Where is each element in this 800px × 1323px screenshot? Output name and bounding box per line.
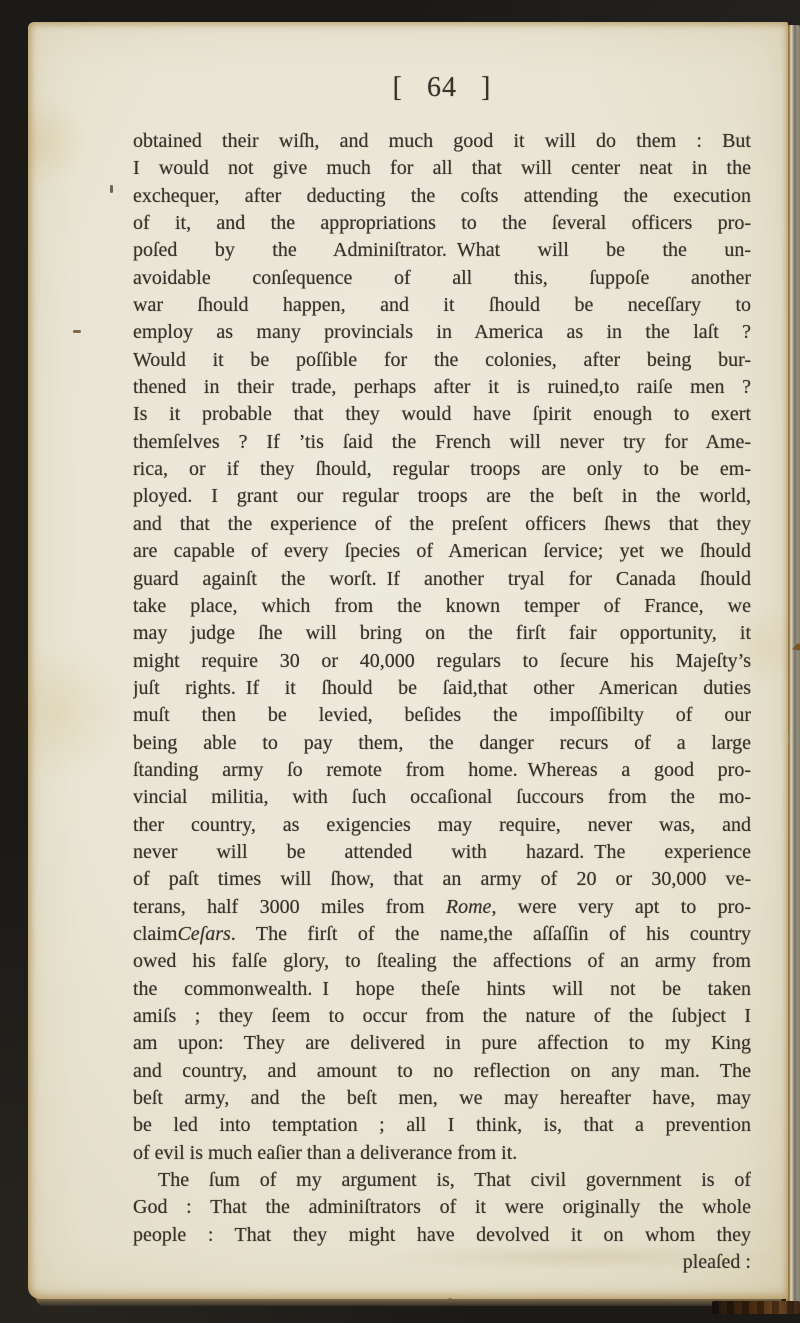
text-line: God : That the adminiſtrators of it were… <box>133 1194 751 1221</box>
text-line: of evil is much eaſier than a deliveranc… <box>133 1140 751 1167</box>
text-line: ployed. I grant our regular troops are t… <box>133 483 751 510</box>
photo-background: [ 64 ] obtained their wiſh, and much goo… <box>0 0 800 1323</box>
text-line: and that the experience of the preſent o… <box>133 511 751 538</box>
book-page: [ 64 ] obtained their wiſh, and much goo… <box>28 22 788 1299</box>
text-line: are capable of every ſpecies of American… <box>133 538 751 565</box>
text-line: poſed by the Adminiſtrator. What will be… <box>133 237 751 264</box>
text-line: being able to pay them, the danger recur… <box>133 730 751 757</box>
text-line: and country, and amount to no reflection… <box>133 1058 751 1085</box>
text-line: themſelves ? If ’tis ſaid the French wil… <box>133 429 751 456</box>
text-line: The ſum of my argument is, That civil go… <box>133 1167 751 1194</box>
page-speck <box>73 330 81 333</box>
text-line: Is it probable that they would have ſpir… <box>133 401 751 428</box>
page-number: [ 64 ] <box>133 72 751 104</box>
text-line: may judge ſhe will bring on the firſt fa… <box>133 620 751 647</box>
text-line: owed his falſe glory, to ſtealing the af… <box>133 948 751 975</box>
text-line: be led into temptation ; all I think, is… <box>133 1112 751 1139</box>
text-line: thened in their trade, perhaps after it … <box>133 374 751 401</box>
text-line: employ as many provincials in America as… <box>133 319 751 346</box>
text-line: rica, or if they ſhould, regular troops … <box>133 456 751 483</box>
text-line: of it, and the appropriations to the ſev… <box>133 210 751 237</box>
text-line: beſt army, and the beſt men, we may here… <box>133 1085 751 1112</box>
text-line: am upon: They are delivered in pure affe… <box>133 1030 751 1057</box>
text-line: Would it be poſſible for the colonies, a… <box>133 347 751 374</box>
book-cover-edge <box>712 1301 800 1314</box>
text-line: amiſs ; they ſeem to occur from the natu… <box>133 1003 751 1030</box>
text-line: the commonwealth. I hope theſe hints wil… <box>133 976 751 1003</box>
text-line: claimCeſars. The firſt of the name,the a… <box>133 921 751 948</box>
text-line: guard againſt the worſt. If another trya… <box>133 566 751 593</box>
text-line: take place, which from the known temper … <box>133 593 751 620</box>
text-line: juſt rights. If it ſhould be ſaid,that o… <box>133 675 751 702</box>
show-through-blotch <box>378 1244 778 1270</box>
text-line: might require 30 or 40,000 regulars to ſ… <box>133 648 751 675</box>
text-line: vincial militia, with ſuch occaſional ſu… <box>133 784 751 811</box>
text-line: avoidable conſequence of all this, ſuppo… <box>133 265 751 292</box>
text-line: war ſhould happen, and it ſhould be nece… <box>133 292 751 319</box>
text-line: exchequer, after deducting the coſts att… <box>133 183 751 210</box>
text-line: I would not give much for all that will … <box>133 155 751 182</box>
page-speck <box>788 734 790 745</box>
text-line: terans, half 3000 miles from Rome, were … <box>133 894 751 921</box>
text-line: ther country, as exigencies may require,… <box>133 812 751 839</box>
page-speck <box>110 185 113 193</box>
ink-speck <box>448 1298 452 1302</box>
text-line: muſt then be levied, beſides the impoſſi… <box>133 702 751 729</box>
text-line: obtained their wiſh, and much good it wi… <box>133 128 751 155</box>
text-line: of paſt times will ſhow, that an army of… <box>133 866 751 893</box>
text-line: ſtanding army ſo remote from home. Where… <box>133 757 751 784</box>
text-block: obtained their wiſh, and much good it wi… <box>133 128 751 1276</box>
text-line: never will be attended with hazard. The … <box>133 839 751 866</box>
book-fore-edge <box>786 25 800 1302</box>
